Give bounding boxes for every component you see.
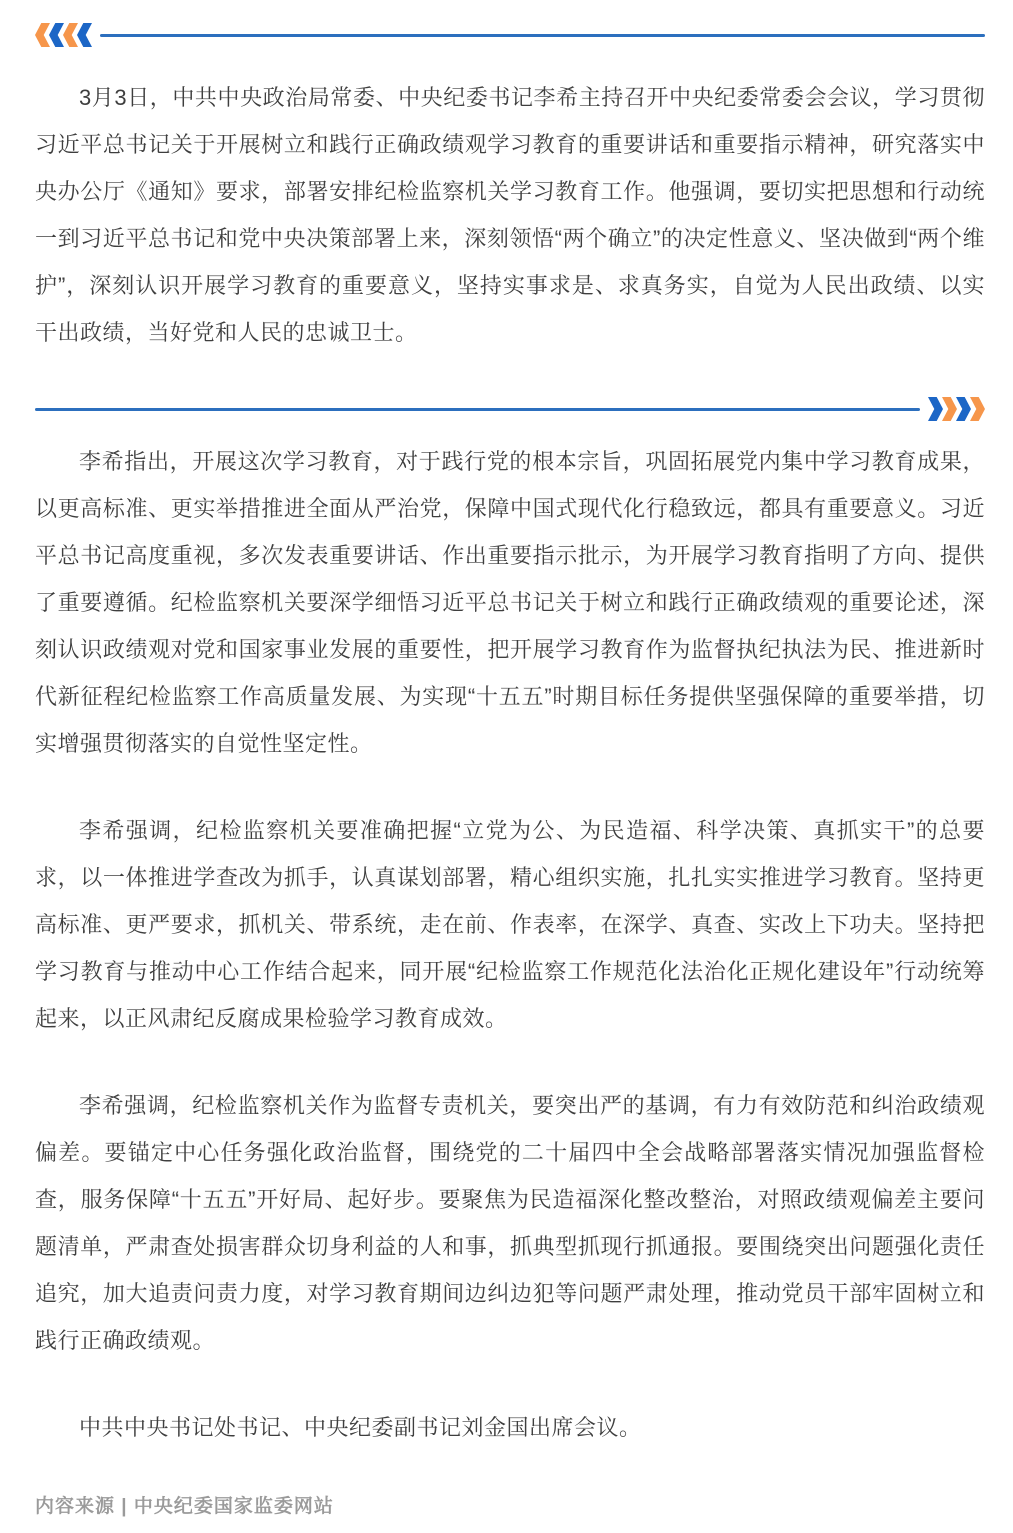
source-attribution: 内容来源 | 中央纪委国家监委网站 bbox=[35, 1491, 985, 1518]
top-divider bbox=[35, 22, 985, 48]
article-body: 3月3日，中共中央政治局常委、中央纪委书记李希主持召开中央纪委常委会会议，学习贯… bbox=[35, 74, 985, 1451]
divider-line bbox=[100, 34, 985, 37]
chevron-right-icon bbox=[928, 397, 943, 421]
article-page: 3月3日，中共中央政治局常委、中央纪委书记李希主持召开中央纪委常委会会议，学习贯… bbox=[0, 0, 1013, 1533]
chevron-left-icon bbox=[49, 23, 64, 47]
article-paragraph: 李希强调，纪检监察机关作为监督专责机关，要突出严的基调，有力有效防范和纠治政绩观… bbox=[35, 1082, 985, 1364]
chevrons-left-icon bbox=[35, 23, 92, 47]
chevron-right-icon bbox=[970, 397, 985, 421]
chevron-right-icon bbox=[956, 397, 971, 421]
chevron-left-icon bbox=[35, 23, 50, 47]
article-paragraph: 中共中央书记处书记、中央纪委副书记刘金国出席会议。 bbox=[35, 1404, 985, 1451]
article-paragraph: 李希指出，开展这次学习教育，对于践行党的根本宗旨，巩固拓展党内集中学习教育成果，… bbox=[35, 438, 985, 767]
divider-line bbox=[35, 408, 920, 411]
article-paragraph: 3月3日，中共中央政治局常委、中央纪委书记李希主持召开中央纪委常委会会议，学习贯… bbox=[35, 74, 985, 356]
chevron-left-icon bbox=[77, 23, 92, 47]
chevrons-right-icon bbox=[928, 397, 985, 421]
chevron-left-icon bbox=[63, 23, 78, 47]
article-paragraph: 李希强调，纪检监察机关要准确把握“立党为公、为民造福、科学决策、真抓实干”的总要… bbox=[35, 807, 985, 1042]
chevron-right-icon bbox=[942, 397, 957, 421]
section-divider bbox=[35, 396, 985, 422]
